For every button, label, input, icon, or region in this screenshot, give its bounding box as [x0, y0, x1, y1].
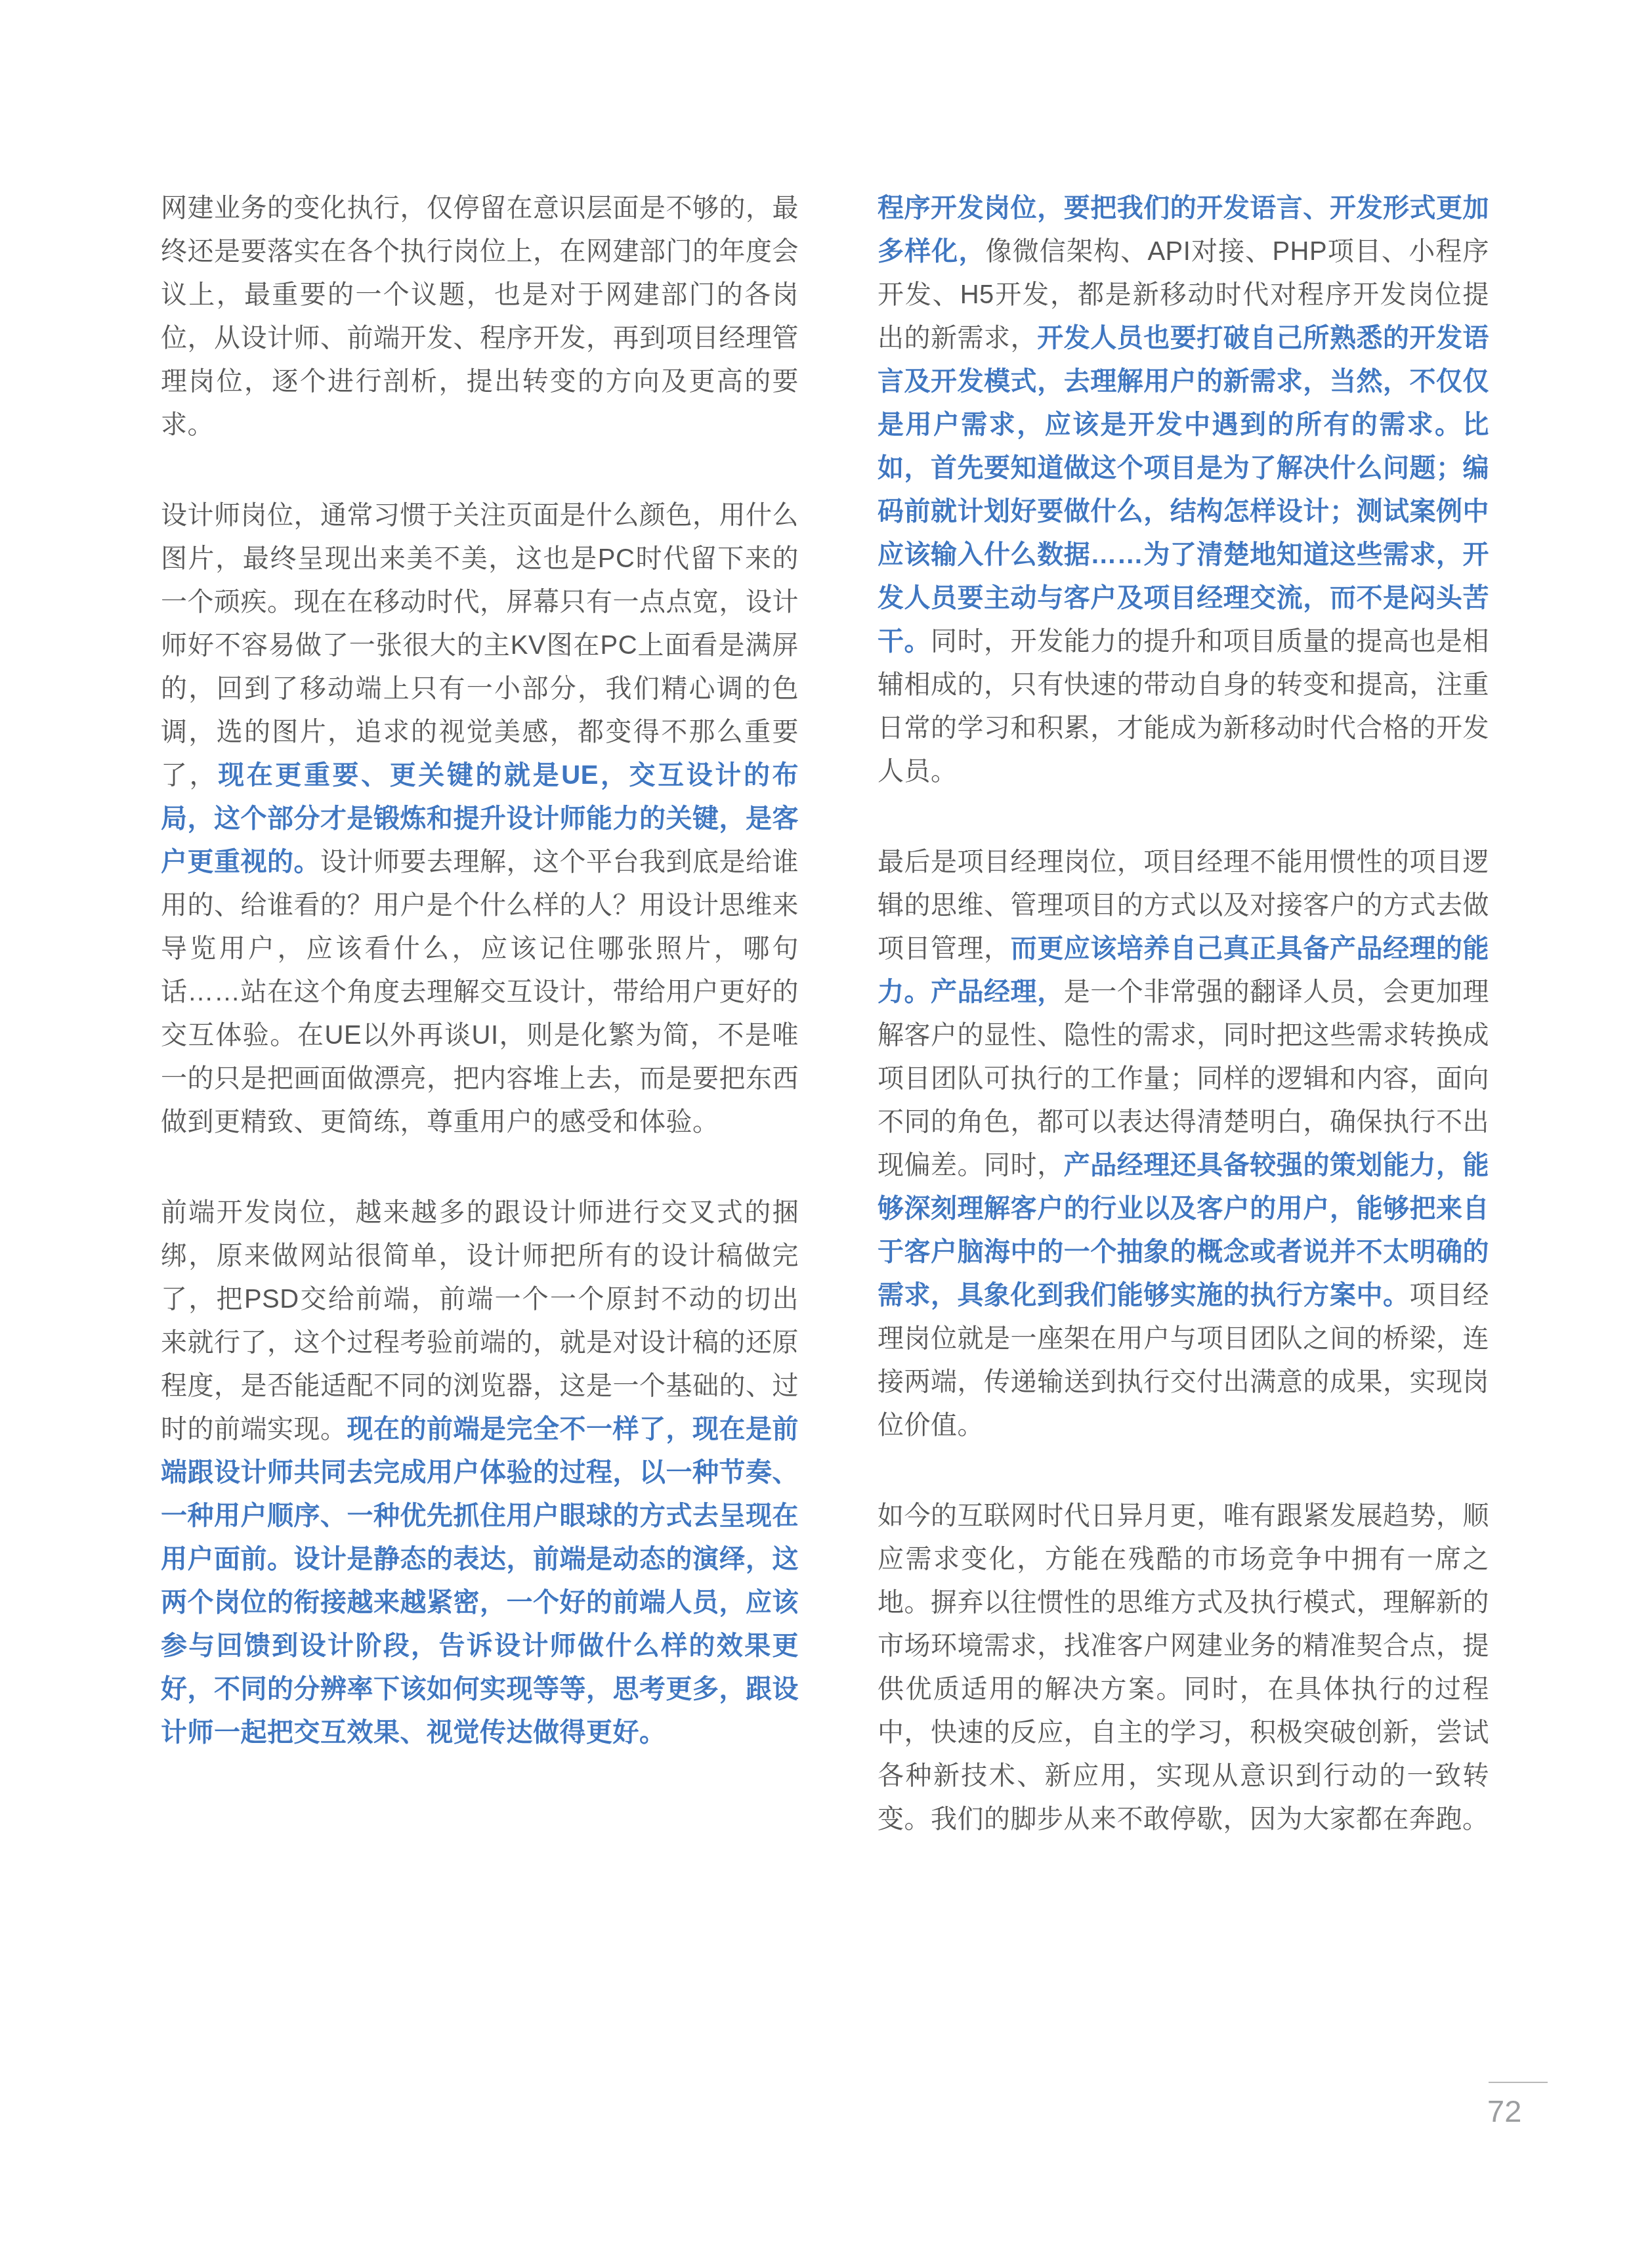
text-segment: 同时，开发能力的提升和项目质量的提高也是相辅相成的，只有快速的带动自身的转变和提…: [878, 627, 1489, 786]
text-segment: 前端开发岗位，越来越多的跟设计师进行交叉式的捆绑，原来做网站很简单，设计师把所有…: [161, 1198, 799, 1444]
paragraph: 前端开发岗位，越来越多的跟设计师进行交叉式的捆绑，原来做网站很简单，设计师把所有…: [161, 1191, 799, 1754]
text-segment-emphasis: 开发人员也要打破自己所熟悉的开发语言及开发模式，去理解用户的新需求，当然，不仅仅…: [878, 324, 1489, 656]
page-number: 72: [1487, 2093, 1521, 2130]
document-page: 网建业务的变化执行，仅停留在意识层面是不够的，最终还是要落实在各个执行岗位上，在…: [0, 0, 1652, 2257]
text-segment: 网建业务的变化执行，仅停留在意识层面是不够的，最终还是要落实在各个执行岗位上，在…: [161, 194, 799, 439]
left-column: 网建业务的变化执行，仅停留在意识层面是不够的，最终还是要落实在各个执行岗位上，在…: [161, 186, 799, 1888]
paragraph: 网建业务的变化执行，仅停留在意识层面是不够的，最终还是要落实在各个执行岗位上，在…: [161, 186, 799, 446]
text-segment: 设计师岗位，通常习惯于关注页面是什么颜色，用什么图片，最终呈现出来美不美，这也是…: [161, 501, 799, 790]
text-segment-emphasis: 现在的前端是完全不一样了，现在是前端跟设计师共同去完成用户体验的过程，以一种节奏…: [161, 1415, 799, 1747]
text-segment: 是一个非常强的翻译人员，会更加理解客户的显性、隐性的需求，同时把这些需求转换成项…: [878, 978, 1489, 1180]
text-segment: 如今的互联网时代日异月更，唯有跟紧发展趋势，顺应需求变化，方能在残酷的市场竞争中…: [878, 1501, 1489, 1834]
paragraph: 最后是项目经理岗位，项目经理不能用惯性的项目逻辑的思维、管理项目的方式以及对接客…: [878, 840, 1489, 1447]
paragraph: 如今的互联网时代日异月更，唯有跟紧发展趋势，顺应需求变化，方能在残酷的市场竞争中…: [878, 1494, 1489, 1841]
right-column: 程序开发岗位，要把我们的开发语言、开发形式更加多样化，像微信架构、API对接、P…: [878, 186, 1489, 1888]
text-segment: 设计师要去理解，这个平台我到底是给谁用的、给谁看的？用户是个什么样的人？用设计思…: [161, 848, 799, 1136]
paragraph: 设计师岗位，通常习惯于关注页面是什么颜色，用什么图片，最终呈现出来美不美，这也是…: [161, 494, 799, 1144]
paragraph: 程序开发岗位，要把我们的开发语言、开发形式更加多样化，像微信架构、API对接、P…: [878, 186, 1489, 793]
page-body: 网建业务的变化执行，仅停留在意识层面是不够的，最终还是要落实在各个执行岗位上，在…: [161, 186, 1489, 1888]
footer-rule: [1489, 2082, 1548, 2083]
